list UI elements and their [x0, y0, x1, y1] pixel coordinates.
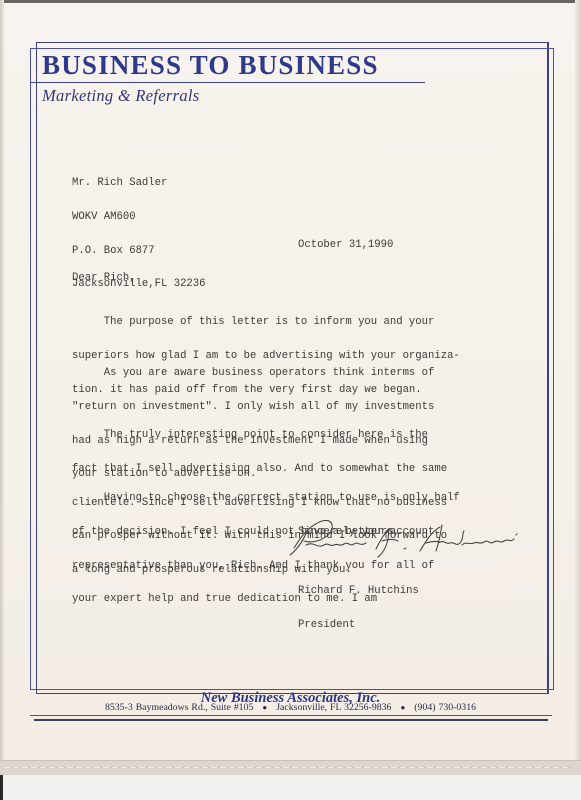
letter-page: BUSINESS TO BUSINESS Marketing & Referra…	[0, 0, 581, 760]
scanner-edge-strip	[0, 760, 581, 776]
signer-block: Richard F. Hutchins President	[298, 564, 419, 654]
page-top-edge	[0, 0, 581, 3]
footer-rule-outer	[34, 719, 548, 721]
body-line: Having to choose the correct station to …	[72, 493, 460, 504]
recipient-line: Mr. Rich Sadler	[72, 178, 206, 189]
footer-street: 8535-3 Baymeadows Rd., Suite #105	[105, 702, 253, 713]
bullet-separator-icon: ●	[400, 703, 405, 712]
footer-rule-inner	[30, 715, 552, 716]
handwritten-signature	[280, 515, 540, 565]
page-right-edge	[575, 0, 581, 760]
recipient-line: P.O. Box 6877	[72, 246, 206, 257]
salutation: Dear Rich,	[72, 273, 136, 284]
body-line: The truly interesting point to consider …	[72, 430, 447, 441]
page-left-edge	[0, 0, 4, 760]
recipient-address: Mr. Rich Sadler WOKV AM600 P.O. Box 6877…	[72, 156, 206, 313]
body-line: As you are aware business operators thin…	[72, 368, 434, 379]
letterhead-title: BUSINESS TO BUSINESS	[42, 50, 379, 80]
footer-phone: (904) 730-0316	[414, 702, 476, 713]
bullet-separator-icon: ●	[262, 703, 267, 712]
letterhead-subtitle: Marketing & Referrals	[42, 86, 200, 106]
footer-city: Jacksonville, FL 32256-9836	[276, 702, 391, 713]
recipient-line: WOKV AM600	[72, 212, 206, 223]
scan-left-edge	[0, 775, 3, 800]
signer-name: Richard F. Hutchins	[298, 586, 419, 597]
letter-date: October 31,1990	[298, 240, 393, 251]
body-line: The purpose of this letter is to inform …	[72, 317, 460, 328]
letterhead-title-rule	[30, 82, 425, 83]
scan-background	[0, 775, 581, 800]
footer-address: 8535-3 Baymeadows Rd., Suite #105●Jackso…	[0, 702, 581, 713]
signer-title: President	[298, 620, 419, 631]
